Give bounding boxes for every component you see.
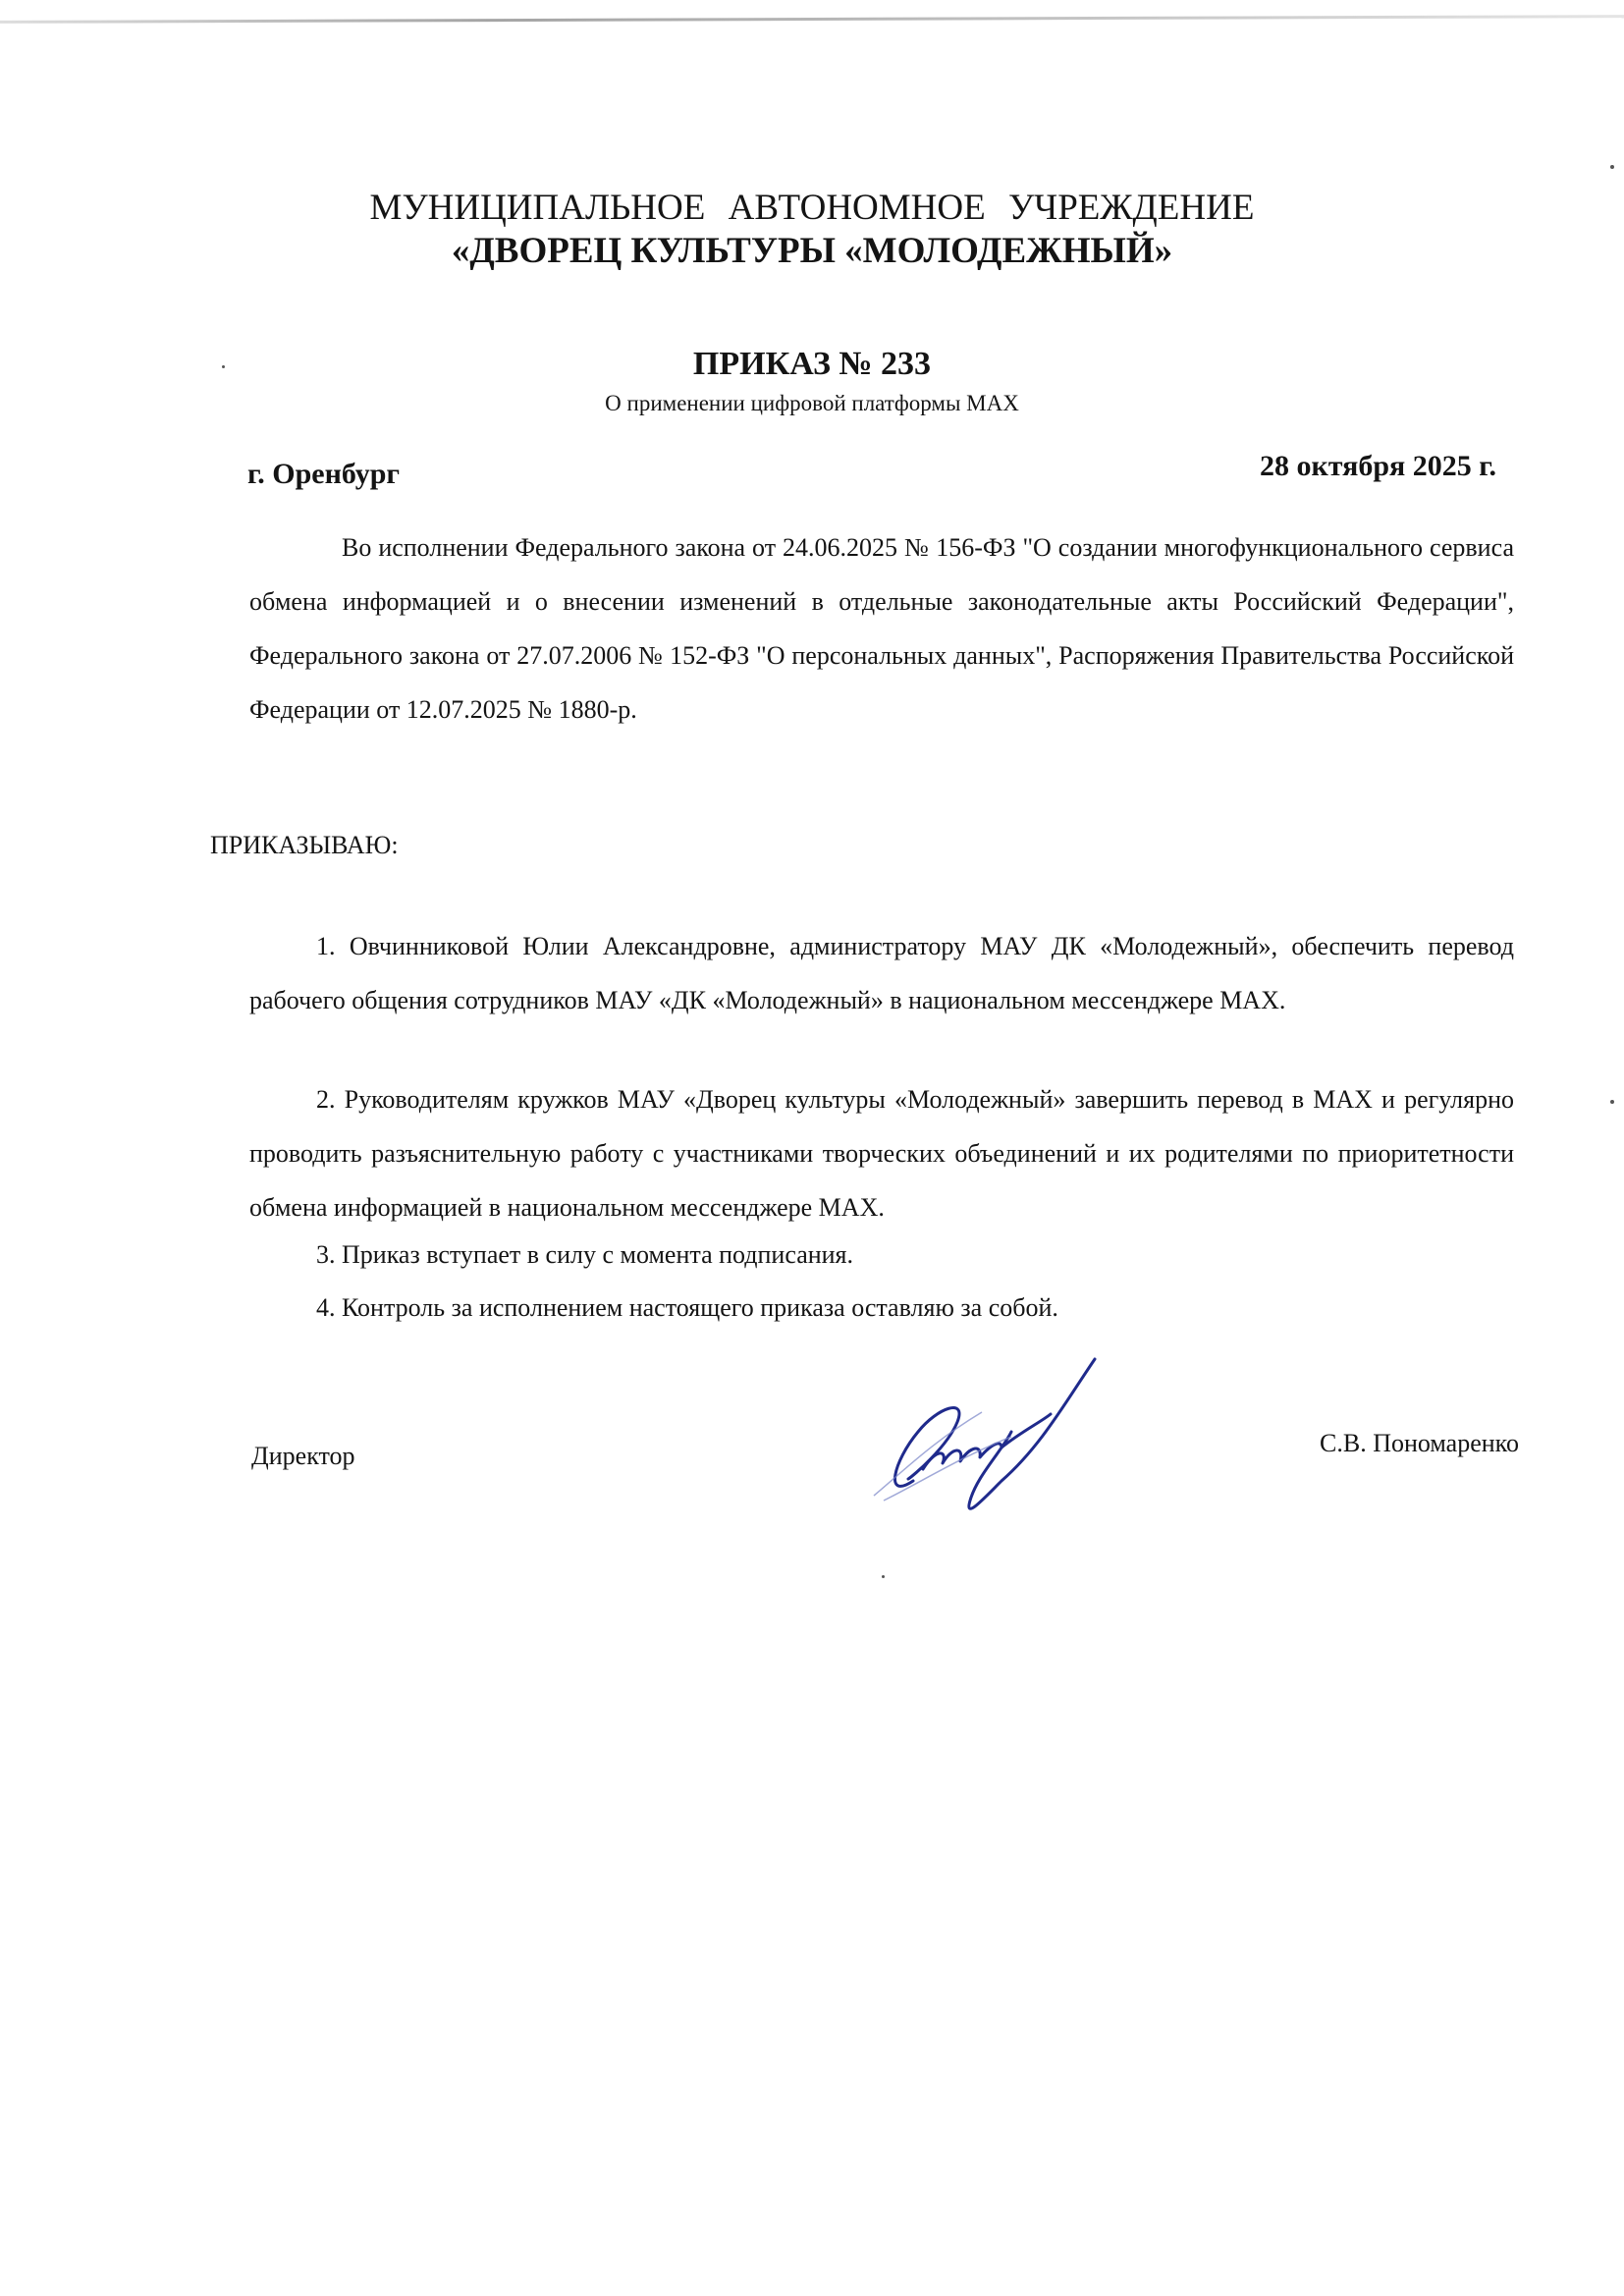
order-item-1: 1. Овчинниковой Юлии Александровне, адми…: [249, 919, 1514, 1027]
handwritten-signature-icon: [854, 1353, 1100, 1520]
order-title: ПРИКАЗ № 233: [0, 346, 1624, 383]
order-directive-heading: ПРИКАЗЫВАЮ:: [210, 831, 399, 860]
scan-speck: [1610, 165, 1614, 169]
organization-type: МУНИЦИПАЛЬНОЕ АВТОНОМНОЕ УЧРЕЖДЕНИЕ: [0, 187, 1624, 229]
order-preamble: Во исполнении Федерального закона от 24.…: [249, 520, 1514, 737]
order-city: г. Оренбург: [247, 458, 400, 491]
scan-speck: [882, 1575, 885, 1578]
order-subject: О применении цифровой платформы МАХ: [0, 391, 1624, 416]
organization-name: «ДВОРЕЦ КУЛЬТУРЫ «МОЛОДЕЖНЫЙ»: [0, 230, 1624, 272]
order-date: 28 октября 2025 г.: [1260, 450, 1496, 483]
order-item-2: 2. Руководителям кружков МАУ «Дворец кул…: [249, 1072, 1514, 1234]
scan-speck: [1610, 1100, 1614, 1104]
order-item-4: 4. Контроль за исполнением настоящего пр…: [249, 1281, 1514, 1335]
scan-edge-line: [0, 15, 1624, 24]
signer-position: Директор: [251, 1442, 355, 1471]
signer-name: С.В. Пономаренко: [1320, 1429, 1519, 1458]
order-item-3: 3. Приказ вступает в силу с момента подп…: [249, 1228, 1514, 1282]
scanned-document-page: МУНИЦИПАЛЬНОЕ АВТОНОМНОЕ УЧРЕЖДЕНИЕ «ДВО…: [0, 0, 1624, 2296]
